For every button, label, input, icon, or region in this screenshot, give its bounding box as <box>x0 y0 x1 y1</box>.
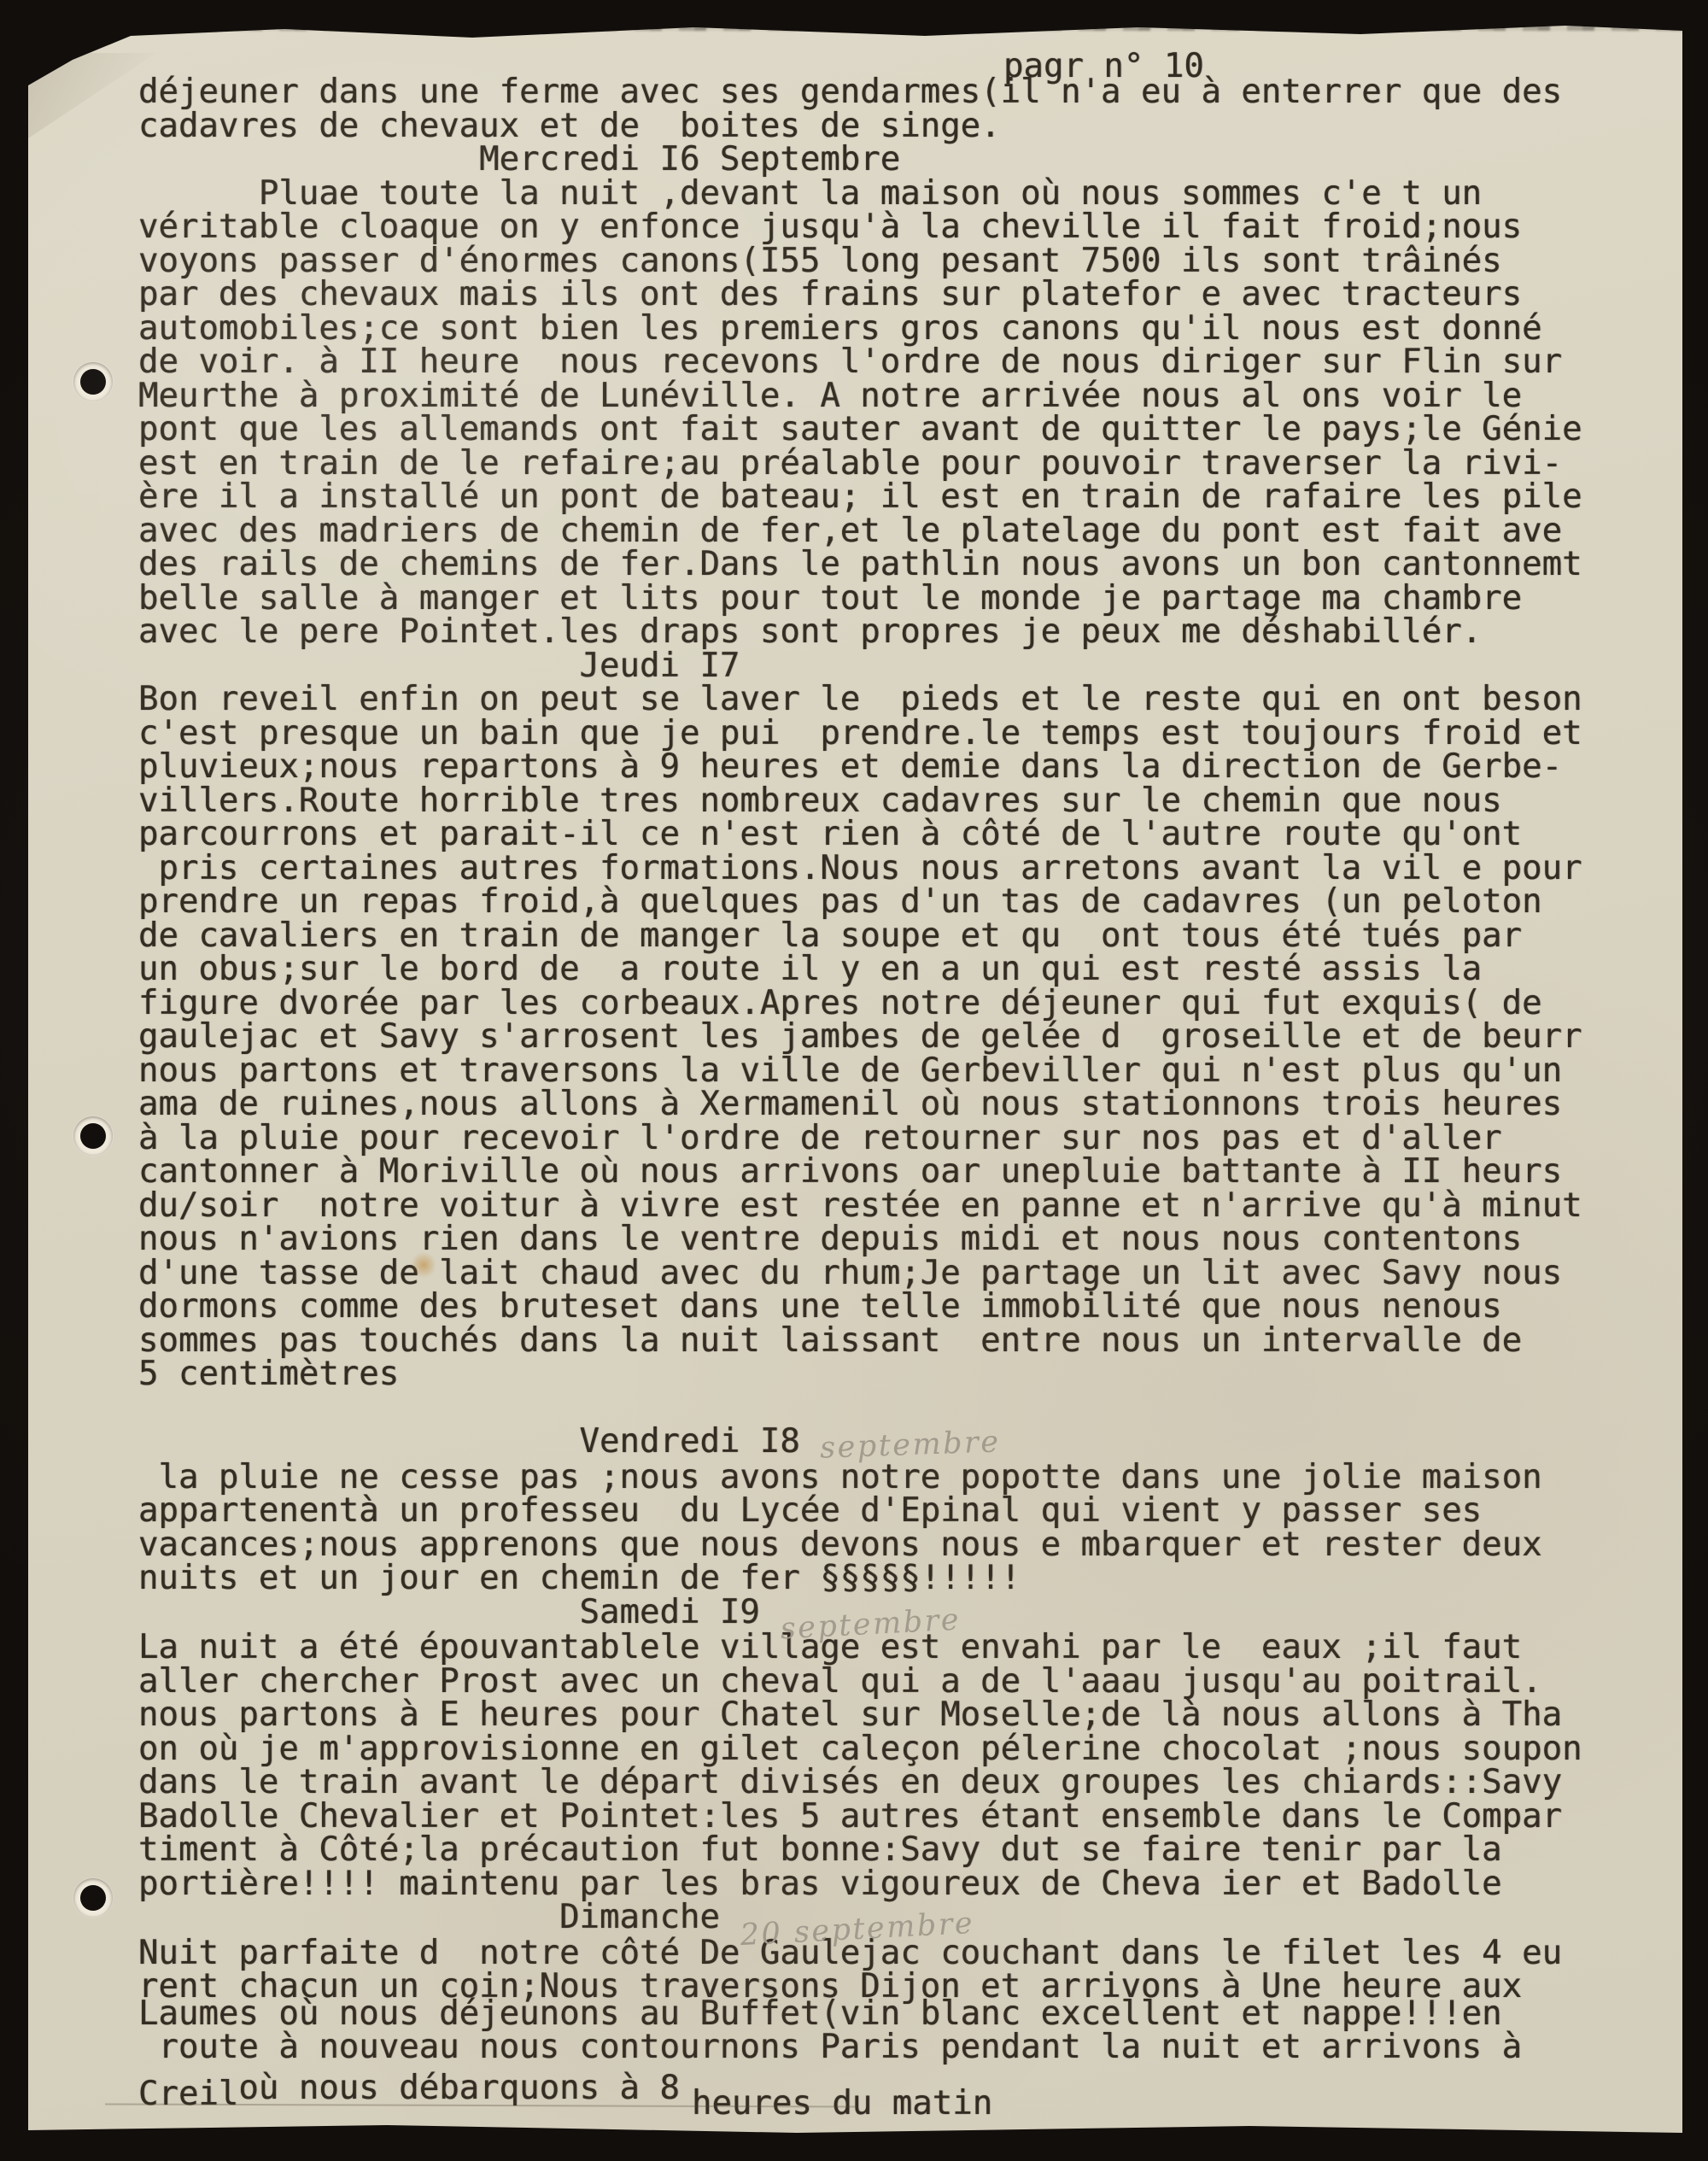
typed-line: prendre un repas froid,à quelques pas d'… <box>138 885 1582 919</box>
punch-hole <box>73 1116 113 1156</box>
typed-line: la pluie ne cesse pas ;nous avons notre … <box>138 1461 1582 1495</box>
typed-text: par des chevaux mais ils ont des frains … <box>138 275 1522 313</box>
typed-line: cadavres de chevaux et de boites de sing… <box>138 109 1582 143</box>
typed-text: Pluae toute la nuit ,devant la maison où… <box>138 174 1482 213</box>
text-block: déjeuner dans une ferme avec ses gendarm… <box>138 75 1582 2105</box>
typed-text: un obus;sur le bord de a route il y en a… <box>138 950 1482 988</box>
typed-line: déjeuner dans une ferme avec ses gendarm… <box>138 75 1582 109</box>
typed-line: avec le pere Pointet.les draps sont prop… <box>138 615 1582 649</box>
typed-text: avec le pere Pointet.les draps sont prop… <box>138 612 1482 651</box>
typed-text: nous partons et traversons la ville de G… <box>138 1051 1562 1090</box>
typed-text: véritable cloaque on y enfonce jusqu'à l… <box>138 208 1522 246</box>
typed-line: Laumes où nous déjeunons au Buffet(vin b… <box>138 1997 1582 2031</box>
typed-line: Creiloù nous débarquons à 8heures du mat… <box>138 2071 1582 2105</box>
typed-line: du/soir notre voitur à vivre est restée … <box>138 1189 1582 1223</box>
typed-line: on où je m'approvisionne en gilet caleço… <box>138 1732 1582 1766</box>
typed-text: sommes pas touchés dans la nuit laissant… <box>138 1321 1522 1360</box>
typed-text: Vendredi I8 <box>138 1422 820 1461</box>
typed-line: nuits et un jour en chemin de fer §§§§§!… <box>138 1561 1582 1596</box>
typed-segment: Creil <box>138 2075 238 2113</box>
typed-line: Mercredi I6 Septembre <box>138 143 1582 177</box>
typed-line: un obus;sur le bord de a route il y en a… <box>138 952 1582 987</box>
typed-text: prendre un repas froid,à quelques pas d'… <box>138 882 1542 921</box>
punch-hole <box>73 362 113 401</box>
typed-text: appartenentà un professeu du Lycée d'Epi… <box>138 1491 1482 1530</box>
typed-text: gaulejac et Savy s'arrosent les jambes d… <box>138 1017 1582 1056</box>
typed-line: gaulejac et Savy s'arrosent les jambes d… <box>138 1020 1582 1054</box>
typed-text: Dimanche <box>138 1898 740 1936</box>
typed-text: portière!!!! maintenu par les bras vigou… <box>138 1865 1502 1903</box>
typed-line: nous n'avions rien dans le ventre depuis… <box>138 1222 1582 1256</box>
typed-line: aller chercher Prost avec un cheval qui … <box>138 1665 1582 1699</box>
typed-line: Badolle Chevalier et Pointet:les 5 autre… <box>138 1800 1582 1834</box>
typed-line: voyons passer d'énormes canons(I55 long … <box>138 244 1582 278</box>
typed-text: de voir. à II heure nous recevons l'ordr… <box>138 343 1562 381</box>
typed-text: Badolle Chevalier et Pointet:les 5 autre… <box>138 1797 1562 1836</box>
typed-line: est en train de le refaire;au préalable … <box>138 447 1582 481</box>
typed-line: portière!!!! maintenu par les bras vigou… <box>138 1867 1582 1901</box>
typed-text: de cavaliers en train de manger la soupe… <box>138 917 1522 955</box>
typed-text: nous partons à E heures pour Chatel sur … <box>138 1695 1562 1734</box>
typed-line: ama de ruines,nous allons à Xermamenil o… <box>138 1087 1582 1121</box>
typed-line: c'est presque un bain que je pui prendre… <box>138 717 1582 751</box>
torn-paper-edge <box>28 22 1682 31</box>
typed-text: villers.Route horrible tres nombreux cad… <box>138 782 1502 820</box>
typed-line: de voir. à II heure nous recevons l'ordr… <box>138 345 1582 379</box>
typed-text: ère il a installé un pont de bateau; il … <box>138 477 1582 516</box>
scan-background: pagr n° 10 déjeuner dans une ferme avec … <box>0 0 1708 2161</box>
typed-line: vacances;nous apprenons que nous devons … <box>138 1528 1582 1562</box>
typed-line: d'une tasse de lait chaud avec du rhum;J… <box>138 1256 1582 1291</box>
typed-line: parcourrons et parait-il ce n'est rien à… <box>138 817 1582 852</box>
typed-line: à la pluie pour recevoir l'ordre de reto… <box>138 1121 1582 1156</box>
typed-line: nous partons à E heures pour Chatel sur … <box>138 1698 1582 1732</box>
typed-text: pont que les allemands ont fait sauter a… <box>138 410 1582 448</box>
typed-text: Bon reveil enfin on peut se laver le pie… <box>138 680 1582 718</box>
typed-text: Meurthe à proximité de Lunéville. A notr… <box>138 377 1522 415</box>
typed-text: Jeudi I7 <box>138 647 740 685</box>
typed-line: Pluae toute la nuit ,devant la maison où… <box>138 177 1582 211</box>
typed-text: belle salle à manger et lits pour tout l… <box>138 579 1522 618</box>
typed-line: dans le train avant le départ divisés en… <box>138 1766 1582 1800</box>
typed-line: nous partons et traversons la ville de G… <box>138 1054 1582 1088</box>
typed-text: nuits et un jour en chemin de fer §§§§§!… <box>138 1559 1021 1597</box>
typed-line: pont que les allemands ont fait sauter a… <box>138 413 1582 447</box>
typed-text: cadavres de chevaux et de boites de sing… <box>138 107 1001 145</box>
typed-line: Jeudi I7 <box>138 649 1582 683</box>
punch-hole <box>73 1878 113 1918</box>
typed-line: 5 centimètres <box>138 1357 1582 1391</box>
typed-line: cantonner à Moriville où nous arrivons o… <box>138 1155 1582 1189</box>
typed-text: cantonner à Moriville où nous arrivons o… <box>138 1152 1562 1191</box>
typed-line: pris certaines autres formations.Nous no… <box>138 852 1582 886</box>
typed-line: figure dvorée par les corbeaux.Apres not… <box>138 987 1582 1021</box>
typed-line: belle salle à manger et lits pour tout l… <box>138 582 1582 616</box>
typed-text: voyons passer d'énormes canons(I55 long … <box>138 242 1502 280</box>
typed-text: pris certaines autres formations.Nous no… <box>138 849 1582 887</box>
typed-line: des rails de chemins de fer.Dans le path… <box>138 548 1582 582</box>
typed-text: timent à Côté;la précaution fut bonne:Sa… <box>138 1830 1502 1869</box>
typed-text: déjeuner dans une ferme avec ses gendarm… <box>138 73 1562 111</box>
typed-line: route à nouveau nous contournons Paris p… <box>138 2030 1582 2064</box>
typed-line: villers.Route horrible tres nombreux cad… <box>138 784 1582 818</box>
typed-line: Dimanche 20 septembre <box>138 1900 1582 1936</box>
typed-text: avec des madriers de chemin de fer,et le… <box>138 512 1562 550</box>
typed-text: est en train de le refaire;au préalable … <box>138 444 1562 483</box>
typed-text: parcourrons et parait-il ce n'est rien à… <box>138 815 1522 853</box>
typed-text: nous n'avions rien dans le ventre depuis… <box>138 1220 1522 1258</box>
typed-text: des rails de chemins de fer.Dans le path… <box>138 545 1582 583</box>
typed-line: Bon reveil enfin on peut se laver le pie… <box>138 682 1582 717</box>
typed-line: appartenentà un professeu du Lycée d'Epi… <box>138 1494 1582 1528</box>
typed-line: sommes pas touchés dans la nuit laissant… <box>138 1324 1582 1358</box>
typed-line: de cavaliers en train de manger la soupe… <box>138 919 1582 953</box>
typed-line: dormons comme des bruteset dans une tell… <box>138 1290 1582 1324</box>
typed-line: automobiles;ce sont bien les premiers gr… <box>138 312 1582 346</box>
typed-text: on où je m'approvisionne en gilet caleço… <box>138 1730 1582 1768</box>
typed-text: Laumes où nous déjeunons au Buffet(vin b… <box>138 1994 1502 2033</box>
typed-text: vacances;nous apprenons que nous devons … <box>138 1526 1542 1564</box>
typed-line: ère il a installé un pont de bateau; il … <box>138 480 1582 514</box>
typed-text: automobiles;ce sont bien les premiers gr… <box>138 309 1542 348</box>
typed-line: avec des madriers de chemin de fer,et le… <box>138 514 1582 548</box>
corner-fold <box>28 53 156 138</box>
typed-line: pluvieux;nous repartons à 9 heures et de… <box>138 750 1582 784</box>
typed-text: dormons comme des bruteset dans une tell… <box>138 1287 1502 1326</box>
typed-line: par des chevaux mais ils ont des frains … <box>138 278 1582 312</box>
paper-stain <box>412 1250 435 1280</box>
typed-line: Samedi I9 septembre <box>138 1596 1582 1631</box>
typed-text: du/soir notre voitur à vivre est restée … <box>138 1186 1582 1225</box>
typed-text: pluvieux;nous repartons à 9 heures et de… <box>138 747 1562 786</box>
typed-line <box>138 1391 1582 1426</box>
document-page: pagr n° 10 déjeuner dans une ferme avec … <box>28 22 1682 2133</box>
typed-text: Mercredi I6 Septembre <box>138 140 900 179</box>
typed-text: figure dvorée par les corbeaux.Apres not… <box>138 984 1542 1022</box>
typed-text: route à nouveau nous contournons Paris p… <box>138 2028 1522 2066</box>
typed-text: à la pluie pour recevoir l'ordre de reto… <box>138 1119 1502 1157</box>
typed-text: Samedi I9 <box>138 1593 780 1631</box>
typed-line: Vendredi I8 septembre <box>138 1425 1582 1461</box>
typed-line: véritable cloaque on y enfonce jusqu'à l… <box>138 210 1582 244</box>
typed-text: ama de ruines,nous allons à Xermamenil o… <box>138 1085 1562 1123</box>
typed-text: dans le train avant le départ divisés en… <box>138 1763 1562 1801</box>
typed-text: aller chercher Prost avec un cheval qui … <box>138 1662 1542 1701</box>
typed-line: Meurthe à proximité de Lunéville. A notr… <box>138 379 1582 413</box>
typed-line: timent à Côté;la précaution fut bonne:Sa… <box>138 1833 1582 1867</box>
typed-text: c'est presque un bain que je pui prendre… <box>138 714 1582 753</box>
pencil-annotation: septembre <box>820 1426 1002 1466</box>
typed-segment: heures du matin <box>692 2087 992 2121</box>
typed-text: 5 centimètres <box>138 1355 399 1393</box>
typed-segment: où nous débarquons à 8 <box>238 2069 680 2107</box>
typed-text: d'une tasse de lait chaud avec du rhum;J… <box>138 1254 1562 1292</box>
